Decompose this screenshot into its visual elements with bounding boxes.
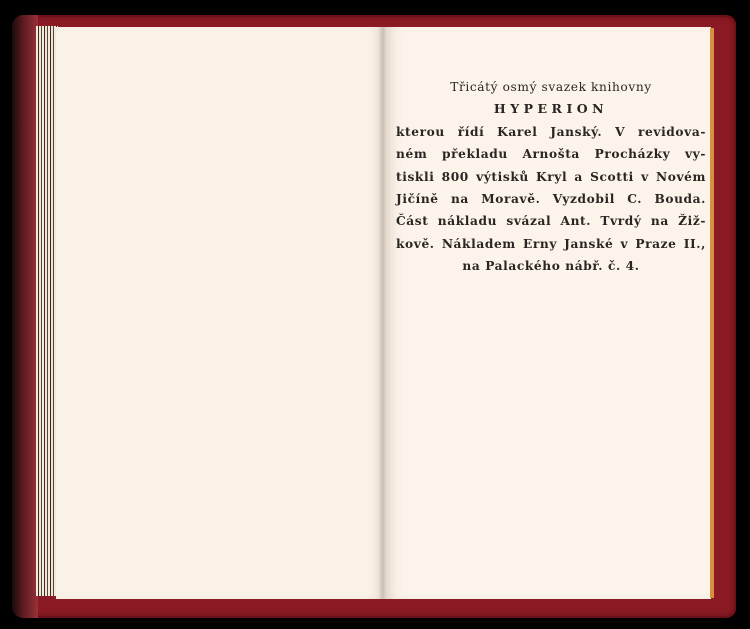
page-edges	[36, 26, 58, 596]
colophon-line: Jičíně na Moravě. Vyzdobil C. Bouda.	[396, 188, 706, 210]
cover-spine-shadow	[12, 15, 38, 618]
colophon-line: kově. Nákladem Erny Janské v Praze II.,	[396, 233, 706, 255]
colophon: Třicátý osmý svazek knihovny HYPERION kt…	[396, 76, 706, 278]
gilt-page-edge	[710, 28, 714, 598]
colophon-line: tiskli 800 výtisků Kryl a Scotti v Novém	[396, 166, 706, 188]
colophon-line: Část nákladu svázal Ant. Tvrdý na Žiž-	[396, 210, 706, 232]
colophon-line-series: Třicátý osmý svazek knihovny	[396, 76, 706, 98]
left-page-blank	[56, 27, 384, 599]
colophon-line: ném překladu Arnošta Procházky vy-	[396, 143, 706, 165]
colophon-line-address: na Palackého nábř. č. 4.	[396, 255, 706, 277]
book-gutter	[379, 27, 387, 599]
colophon-line: kterou řídí Karel Janský. V revidova-	[396, 121, 706, 143]
colophon-line-library-name: HYPERION	[396, 98, 706, 120]
